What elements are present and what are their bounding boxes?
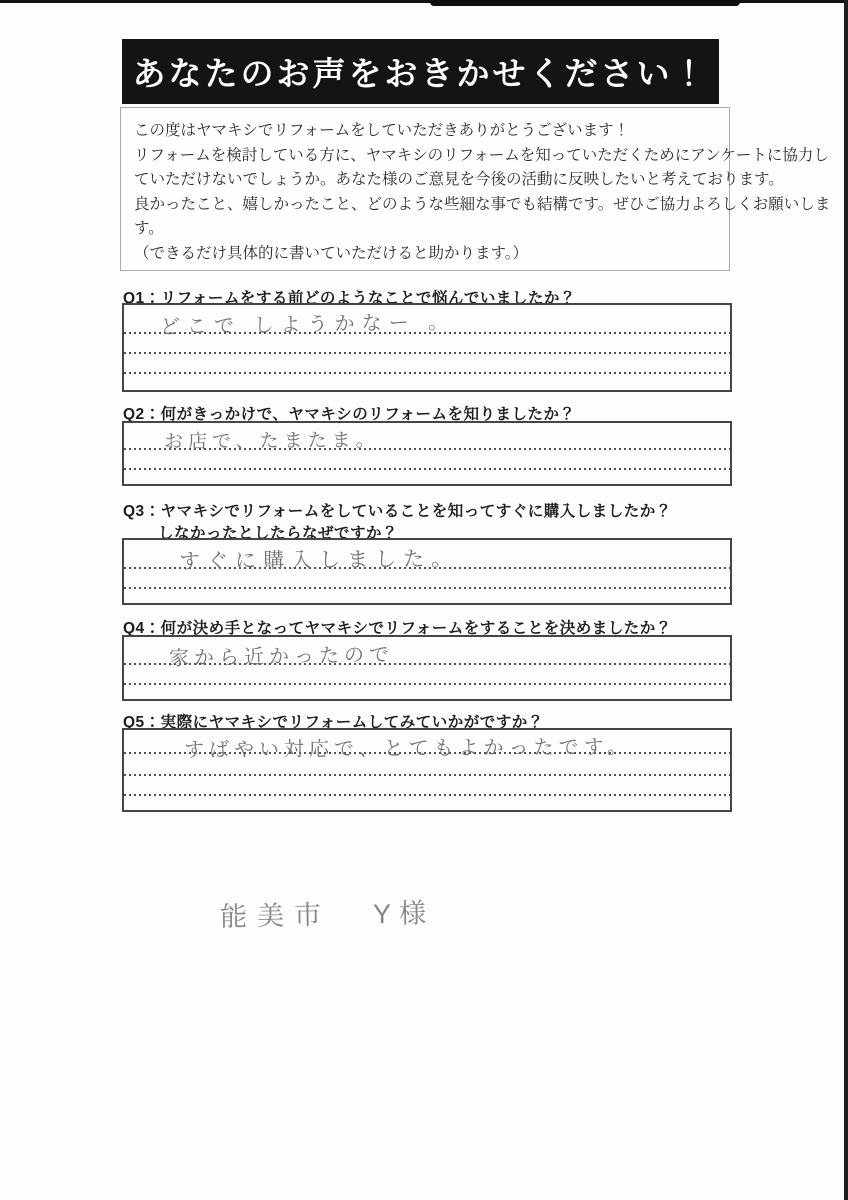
ruled-line [124, 372, 730, 374]
question-4-handwritten-answer: 家から近かったので [169, 638, 394, 671]
handwritten-signature: 能美市Y様 [220, 891, 435, 934]
question-2-answer-box: お店で、たまたま。 [122, 421, 732, 486]
scan-artifact-top-blob [430, 0, 740, 6]
signature-city: 能美市 [220, 900, 332, 932]
question-5-answer-box: すばやい対応で、とてもよかったです。 [122, 728, 732, 812]
intro-text-line-4: 良かったこと、嬉しかったこと、どのような些細な事でも結構です。ぜひご協力よろしく… [134, 193, 717, 218]
intro-text-line-5: す。 [134, 217, 717, 242]
ruled-line [124, 794, 730, 796]
question-3-handwritten-answer: すぐに購入しました。 [179, 543, 459, 576]
ruled-line [124, 587, 730, 589]
title-banner: あなたのお声をおきかせください！ [122, 39, 719, 104]
page-title: あなたのお声をおきかせください！ [133, 48, 709, 95]
question-4-answer-box: 家から近かったので [122, 635, 732, 701]
ruled-line [124, 683, 730, 685]
intro-text-line-1: この度はヤマキシでリフォームをしていただきありがとうございます！ [134, 119, 717, 144]
scanned-survey-page: あなたのお声をおきかせください！ この度はヤマキシでリフォームをしていただきあり… [0, 0, 848, 1200]
question-3-label: Q3：ヤマキシでリフォームをしていることを知ってすぐに購入しましたか？ [123, 499, 672, 521]
ruled-line [124, 774, 730, 776]
ruled-line [124, 468, 730, 470]
scan-artifact-right-edge [844, 0, 848, 1200]
question-5-handwritten-answer: すばやい対応で、とてもよかったです。 [184, 730, 632, 762]
question-1-handwritten-answer: どこで しようかなー 。 [160, 305, 456, 339]
question-1-answer-box: どこで しようかなー 。 [122, 303, 732, 392]
intro-text-line-2: リフォームを検討している方に、ヤマキシのリフォームを知っていただくためにアンケー… [134, 144, 717, 169]
intro-box: この度はヤマキシでリフォームをしていただきありがとうございます！ リフォームを検… [120, 107, 730, 271]
question-3-answer-box: すぐに購入しました。 [122, 538, 732, 605]
ruled-line [124, 352, 730, 354]
intro-text-line-3: ていただけないでしょうか。あなた様のご意見を今後の活動に反映したいと考えておりま… [134, 168, 717, 193]
question-2-handwritten-answer: お店で、たまたま。 [164, 425, 380, 454]
intro-text-line-6: （できるだけ具体的に書いていただけると助かります。） [134, 242, 717, 267]
signature-name: Y様 [373, 898, 435, 929]
